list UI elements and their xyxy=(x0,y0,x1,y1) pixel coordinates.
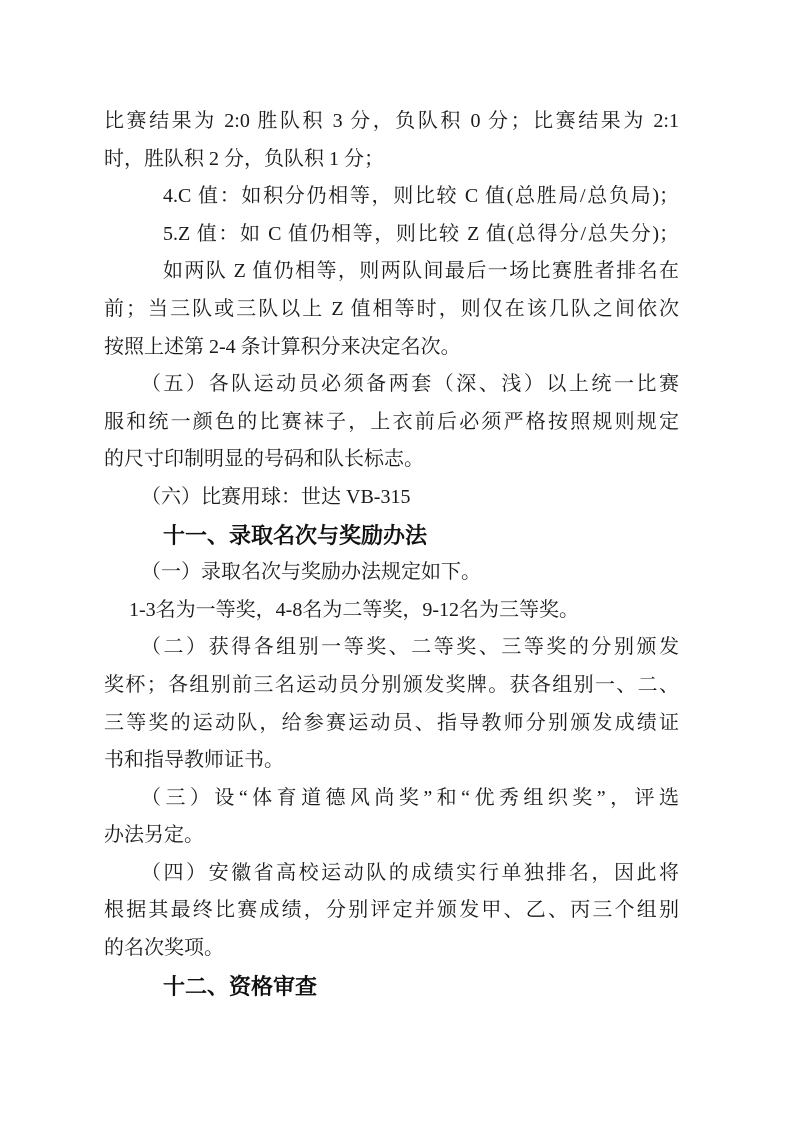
text-line: 办法另定。 xyxy=(104,817,679,855)
text-line: （五）各队运动员必须备两套（深、浅）以上统一比赛 xyxy=(104,366,679,404)
text-line: 三等奖的运动队，给参赛运动员、指导教师分别颁发成绩证 xyxy=(104,705,679,743)
text-line: 时，胜队积 2 分，负队积 1 分； xyxy=(104,141,679,179)
text-line: 如两队 Z 值仍相等，则两队间最后一场比赛胜者排名在 xyxy=(104,253,679,291)
text-line: 前；当三队或三队以上 Z 值相等时，则仅在该几队之间依次 xyxy=(104,291,679,329)
text-line: 服和统一颜色的比赛袜子，上衣前后必须严格按照规则规定 xyxy=(104,404,679,442)
text-line: 按照上述第 2-4 条计算积分来决定名次。 xyxy=(104,329,679,367)
text-line: （三）设“体育道德风尚奖”和“优秀组织奖”，评选 xyxy=(104,780,679,818)
text-line: 1-3名为一等奖，4-8名为二等奖，9-12名为三等奖。 xyxy=(104,592,679,630)
text-line: 4.C 值：如积分仍相等，则比较 C 值(总胜局/总负局)； xyxy=(104,178,679,216)
document-page: 比赛结果为 2:0 胜队积 3 分，负队积 0 分；比赛结果为 2:1 时，胜队… xyxy=(0,0,799,1131)
text-line: 的名次奖项。 xyxy=(104,930,679,968)
text-line: （一）录取名次与奖励办法规定如下。 xyxy=(104,554,679,592)
section-heading-11: 十一、录取名次与奖励办法 xyxy=(104,517,679,555)
text-line: （六）比赛用球：世达 VB-315 xyxy=(104,479,679,517)
text-line: 5.Z 值：如 C 值仍相等，则比较 Z 值(总得分/总失分)； xyxy=(104,216,679,254)
text-line: 书和指导教师证书。 xyxy=(104,742,679,780)
text-line: 根据其最终比赛成绩，分别评定并颁发甲、乙、丙三个组别 xyxy=(104,892,679,930)
text-line: 比赛结果为 2:0 胜队积 3 分，负队积 0 分；比赛结果为 2:1 xyxy=(104,103,679,141)
text-line: （四）安徽省高校运动队的成绩实行单独排名，因此将 xyxy=(104,855,679,893)
text-line: （二）获得各组别一等奖、二等奖、三等奖的分别颁发 xyxy=(104,629,679,667)
document-body: 比赛结果为 2:0 胜队积 3 分，负队积 0 分；比赛结果为 2:1 时，胜队… xyxy=(0,103,799,1005)
text-line: 的尺寸印制明显的号码和队长标志。 xyxy=(104,441,679,479)
section-heading-12: 十二、资格审查 xyxy=(104,968,679,1006)
text-line: 奖杯；各组别前三名运动员分别颁发奖牌。获各组别一、二、 xyxy=(104,667,679,705)
